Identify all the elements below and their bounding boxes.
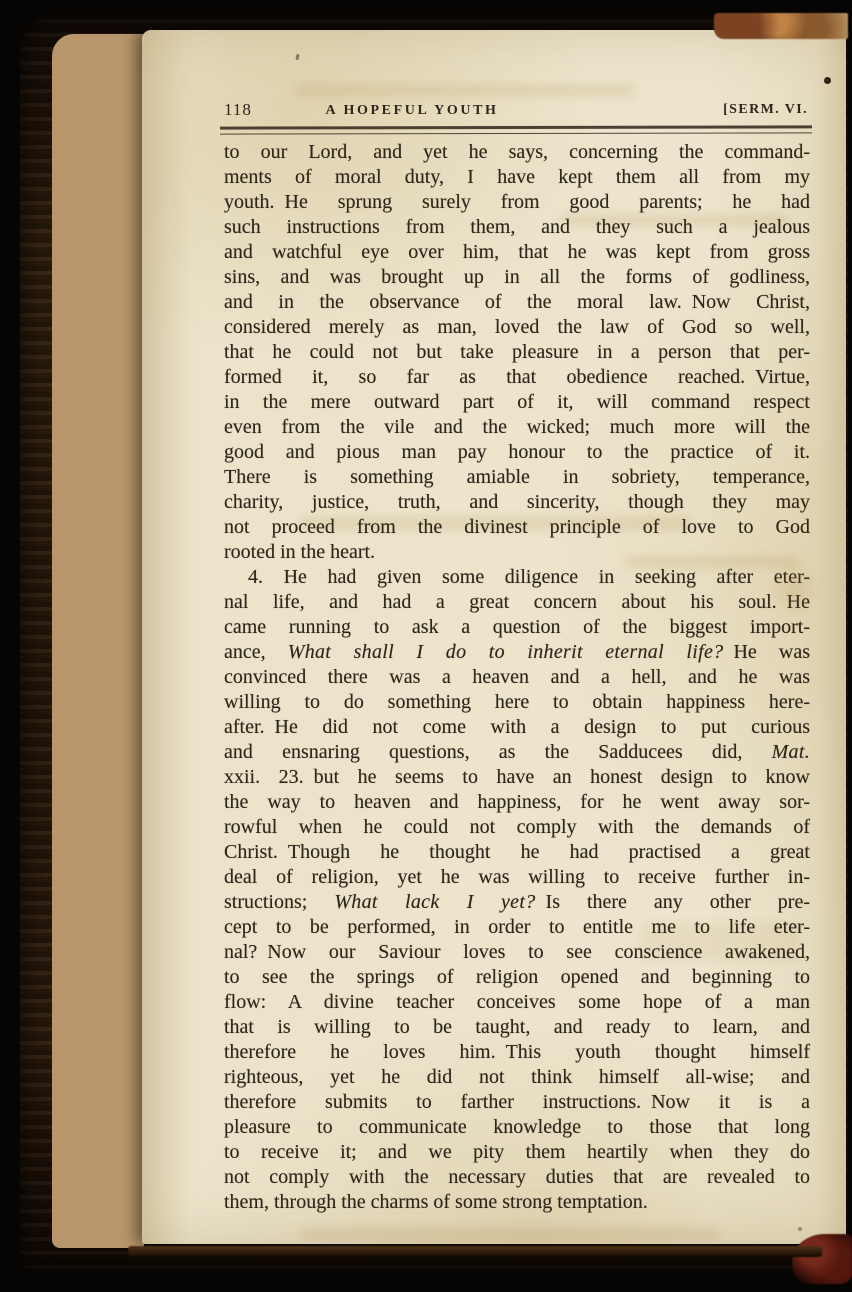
- text-line: flow: A divine teacher conceives some ho…: [224, 990, 810, 1015]
- text-line: good and pious man pay honour to the pra…: [224, 440, 810, 465]
- text-line: pleasure to communicate knowledge to tho…: [224, 1115, 810, 1140]
- text-line: structions; What lack I yet? Is there an…: [224, 890, 810, 915]
- text-line: such instructions from them, and they su…: [224, 215, 810, 240]
- text-line: them, through the charms of some strong …: [224, 1190, 810, 1215]
- text-line: and ensnaring questions, as the Sadducee…: [224, 740, 810, 765]
- marbled-cover-edge-bottom: [792, 1234, 852, 1284]
- text-line: xxii. 23. but he seems to have an honest…: [224, 765, 810, 790]
- text-line: after. He did not come with a design to …: [224, 715, 810, 740]
- text-line: even from the vile and the wicked; much …: [224, 415, 810, 440]
- header-rule: [220, 125, 812, 134]
- text-line: rooted in the heart.: [224, 540, 810, 565]
- marbled-cover-edge-top: [714, 13, 848, 39]
- text-line: that is willing to be taught, and ready …: [224, 1015, 810, 1040]
- text-line: and watchful eye over him, that he was k…: [224, 240, 810, 265]
- ink-spot: [824, 77, 831, 84]
- text-line: not proceed from the divinest principle …: [224, 515, 810, 540]
- section-label: [SERM. VI.: [723, 102, 808, 118]
- text-line: considered merely as man, loved the law …: [224, 315, 810, 340]
- text-line: deal of religion, yet he was willing to …: [224, 865, 810, 890]
- text-line: rowful when he could not comply with the…: [224, 815, 810, 840]
- page-showthrough: [300, 1228, 720, 1240]
- text-line: youth. He sprung surely from good parent…: [224, 190, 810, 215]
- text-line: 4. He had given some diligence in seekin…: [224, 565, 810, 590]
- text-line: not comply with the necessary duties tha…: [224, 1165, 810, 1190]
- text-block: to our Lord, and yet he says, concerning…: [224, 140, 810, 1215]
- text-line: the way to heaven and happiness, for he …: [224, 790, 810, 815]
- text-line: willing to do something here to obtain h…: [224, 690, 810, 715]
- text-line: and in the observance of the moral law. …: [224, 290, 810, 315]
- text-line: therefore he loves him. This youth thoug…: [224, 1040, 810, 1065]
- text-line: came running to ask a question of the bi…: [224, 615, 810, 640]
- text-line: charity, justice, truth, and sincerity, …: [224, 490, 810, 515]
- text-line: therefore submits to farther instruction…: [224, 1090, 810, 1115]
- text-line: to see the springs of religion opened an…: [224, 965, 810, 990]
- paper-stain: [770, 560, 816, 620]
- text-line: righteous, yet he did not think himself …: [224, 1065, 810, 1090]
- text-line: nal life, and had a great concern about …: [224, 590, 810, 615]
- page-bottom-edge: [128, 1246, 822, 1257]
- text-line: Christ. Though he thought he had practis…: [224, 840, 810, 865]
- text-line: ments of moral duty, I have kept them al…: [224, 165, 810, 190]
- running-title: A HOPEFUL YOUTH: [0, 103, 838, 119]
- text-line: There is something amiable in sobriety, …: [224, 465, 810, 490]
- paper-speck: [798, 1227, 802, 1231]
- page-fore-edges: [52, 34, 144, 1248]
- text-line: in the mere outward part of it, will com…: [224, 390, 810, 415]
- text-line: to receive it; and we pity them heartily…: [224, 1140, 810, 1165]
- text-line: sins, and was brought up in all the form…: [224, 265, 810, 290]
- text-line: formed it, so far as that obedience reac…: [224, 365, 810, 390]
- text-line: nal? Now our Saviour loves to see consci…: [224, 940, 810, 965]
- text-line: cept to be performed, in order to entitl…: [224, 915, 810, 940]
- text-line: ance, What shall I do to inherit eternal…: [224, 640, 810, 665]
- text-line: convinced there was a heaven and a hell,…: [224, 665, 810, 690]
- page-showthrough: [295, 84, 635, 97]
- book-photo: { "document_type": "scanned-book-page", …: [0, 0, 852, 1292]
- text-line: to our Lord, and yet he says, concerning…: [224, 140, 810, 165]
- text-line: that he could not but take pleasure in a…: [224, 340, 810, 365]
